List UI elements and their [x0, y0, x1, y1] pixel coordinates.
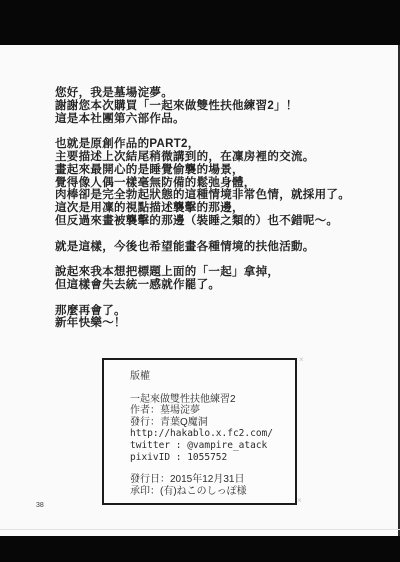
colophon-publisher: 發行：青葉Q魔洞 [130, 417, 295, 429]
colophon-spacer [130, 383, 295, 394]
colophon-spacer [130, 463, 295, 474]
afterword-line: 也就是原創作品的PART2， [55, 138, 375, 151]
scan-border-top [0, 0, 400, 45]
scan-artifact-mark: × [297, 497, 302, 505]
colophon-pixiv-id: pixivID : 1055752 [130, 452, 295, 464]
afterword-text: 您好，我是墓場淀夢。 謝謝您本次購買「一起來做雙性扶他練習2」！ 這是本社團第六… [55, 87, 375, 343]
colophon-twitter: twitter : @vampire_atack [130, 440, 295, 452]
afterword-line: 新年快樂～！ [55, 317, 375, 330]
afterword-paragraph-title-note: 說起來我本想把標題上面的「一起」拿掉， 但這樣會失去統一感就作罷了。 [55, 266, 375, 292]
colophon-printer: 承印：(有)ねこのしっぽ様 [130, 486, 295, 498]
afterword-line: 謝謝您本次購買「一起來做雙性扶他練習2」！ [55, 100, 375, 113]
page-edge-line [0, 529, 400, 530]
colophon-publish-date: 發行日：2015年12月31日 [130, 474, 295, 486]
colophon-header: 版權 [130, 371, 295, 383]
afterword-line: 覺得像人偶一樣毫無防備的鬆弛身體， [55, 177, 375, 190]
colophon-title: 一起來做雙性扶他練習2 [130, 394, 295, 406]
afterword-paragraph-story: 也就是原創作品的PART2， 主要描述上次結尾稍微講到的，在凜房裡的交流。 畫起… [55, 138, 375, 228]
afterword-line: 說起來我本想把標題上面的「一起」拿掉， [55, 266, 375, 279]
colophon-box: 版權 一起來做雙性扶他練習2 作者：墓場淀夢 發行：青葉Q魔洞 http://h… [102, 358, 297, 505]
afterword-line: 但這樣會失去統一感就作罷了。 [55, 279, 375, 292]
afterword-line: 但反過來畫被襲擊的那邊（裝睡之類的）也不錯呢～。 [55, 215, 375, 228]
afterword-line: 那麼再會了。 [55, 305, 375, 318]
afterword-line: 您好，我是墓場淀夢。 [55, 87, 375, 100]
afterword-line: 就是這樣，今後也希望能畫各種情境的扶他活動。 [55, 241, 375, 254]
afterword-line: 這次是用凜的視點描述襲擊的那邊， [55, 202, 375, 215]
afterword-line: 肉棒卻是完全勃起狀態的這種情境非常色情，就採用了。 [55, 189, 375, 202]
afterword-paragraph-hope: 就是這樣，今後也希望能畫各種情境的扶他活動。 [55, 241, 375, 254]
afterword-paragraph-greeting: 您好，我是墓場淀夢。 謝謝您本次購買「一起來做雙性扶他練習2」！ 這是本社團第六… [55, 87, 375, 125]
scan-artifact-mark: × [299, 356, 304, 364]
scanned-doujin-page: 您好，我是墓場淀夢。 謝謝您本次購買「一起來做雙性扶他練習2」！ 這是本社團第六… [0, 0, 400, 562]
colophon-website-url: http://hakablo.x.fc2.com/ [130, 428, 295, 440]
afterword-line: 畫起來最開心的是睡覺偷襲的場景， [55, 164, 375, 177]
scan-border-bottom [0, 536, 400, 562]
afterword-paragraph-farewell: 那麼再會了。 新年快樂～！ [55, 305, 375, 331]
afterword-line: 主要描述上次結尾稍微講到的，在凜房裡的交流。 [55, 151, 375, 164]
colophon-author: 作者：墓場淀夢 [130, 405, 295, 417]
page-number: 38 [36, 501, 44, 510]
afterword-line: 這是本社團第六部作品。 [55, 113, 375, 126]
